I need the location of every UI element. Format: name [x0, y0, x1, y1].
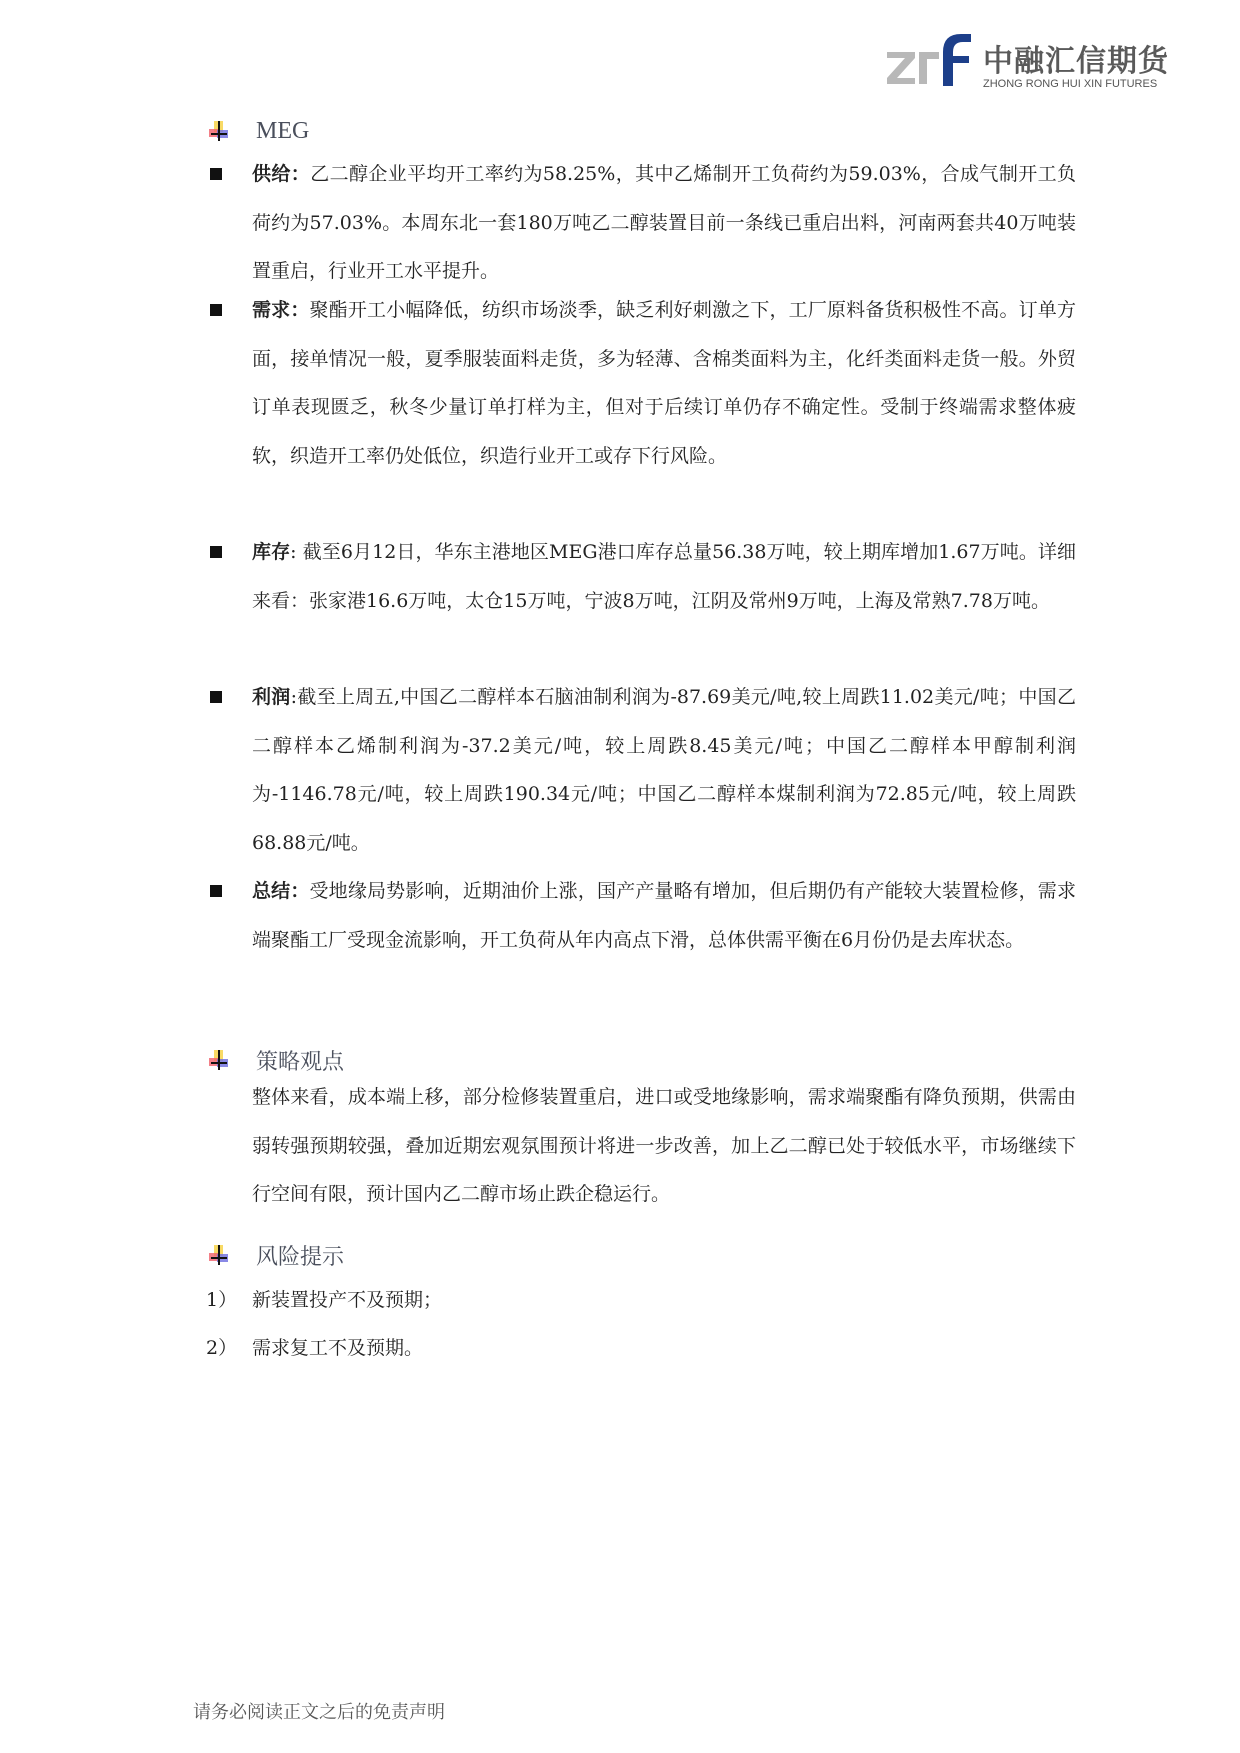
square-bullet-icon — [210, 168, 222, 180]
risk-item: 2）需求复工不及预期。 — [206, 1336, 423, 1360]
section-title: MEG — [256, 118, 309, 145]
bullet-summary: 总结：受地缘局势影响，近期油价上涨，国产产量略有增加，但后期仍有产能较大装置检修… — [206, 867, 1076, 964]
square-bullet-icon — [210, 304, 222, 316]
bullet-label: 总结： — [252, 880, 310, 902]
square-bullet-icon — [210, 885, 222, 897]
company-logo: 中融汇信期货 ZHONG RONG HUI XIN FUTURES — [885, 30, 1185, 90]
strategy-paragraph: 整体来看，成本端上移，部分检修装置重启，进口或受地缘影响，需求端聚酯有降负预期，… — [252, 1073, 1076, 1219]
bullet-text: 乙二醇企业平均开工率约为58.25%，其中乙烯制开工负荷约为59.03%，合成气… — [252, 163, 1076, 282]
square-bullet-icon — [210, 691, 222, 703]
plus-bullet-icon — [206, 119, 232, 145]
risk-number: 2） — [206, 1336, 252, 1360]
bullet-profit: 利润:截至上周五,中国乙二醇样本石脑油制利润为-87.69美元/吨,较上周跌11… — [206, 673, 1076, 867]
section-title: 风险提示 — [256, 1240, 344, 1271]
plus-bullet-icon — [206, 1243, 232, 1269]
bullet-demand: 需求：聚酯开工小幅降低，纺织市场淡季，缺乏利好刺激之下，工厂原料备货积极性不高。… — [206, 286, 1076, 480]
bullet-text: : 截至6月12日，华东主港地区MEG港口库存总量56.38万吨，较上期库增加1… — [252, 541, 1076, 612]
bullet-inventory: 库存: 截至6月12日，华东主港地区MEG港口库存总量56.38万吨，较上期库增… — [206, 528, 1076, 625]
risk-text: 新装置投产不及预期； — [252, 1289, 442, 1311]
bullet-text: 受地缘局势影响，近期油价上涨，国产产量略有增加，但后期仍有产能较大装置检修，需求… — [252, 880, 1076, 951]
disclaimer-footer: 请务必阅读正文之后的免责声明 — [193, 1698, 445, 1724]
bullet-supply: 供给：乙二醇企业平均开工率约为58.25%，其中乙烯制开工负荷约为59.03%，… — [206, 150, 1076, 296]
bullet-text: 聚酯开工小幅降低，纺织市场淡季，缺乏利好刺激之下，工厂原料备货积极性不高。订单方… — [252, 299, 1076, 467]
plus-bullet-icon — [206, 1048, 232, 1074]
section-title: 策略观点 — [256, 1045, 344, 1076]
zrf-logo-icon — [885, 30, 975, 90]
bullet-text: :截至上周五,中国乙二醇样本石脑油制利润为-87.69美元/吨,较上周跌11.0… — [252, 686, 1076, 854]
bullet-label: 供给： — [252, 163, 310, 185]
logo-english-name: ZHONG RONG HUI XIN FUTURES — [983, 78, 1157, 90]
section-heading-strategy: 策略观点 — [206, 1045, 344, 1076]
bullet-label: 需求： — [252, 299, 310, 321]
logo-chinese-name: 中融汇信期货 — [983, 36, 1169, 80]
risk-item: 1）新装置投产不及预期； — [206, 1288, 442, 1312]
section-heading-meg: MEG — [206, 118, 309, 145]
bullet-label: 库存 — [252, 541, 290, 563]
risk-number: 1） — [206, 1288, 252, 1312]
risk-text: 需求复工不及预期。 — [252, 1337, 423, 1359]
section-heading-risk: 风险提示 — [206, 1240, 344, 1271]
bullet-label: 利润 — [252, 686, 291, 708]
square-bullet-icon — [210, 546, 222, 558]
